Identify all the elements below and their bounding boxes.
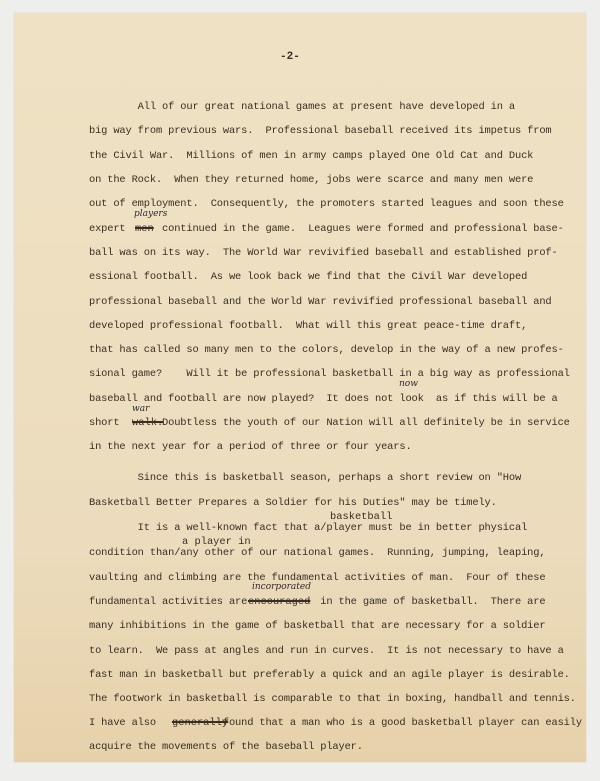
text-line: many inhibitions in the game of basketba… xyxy=(89,620,545,632)
text-line: Basketball Better Prepares a Soldier for… xyxy=(89,497,497,509)
text-line: professional baseball and the World War … xyxy=(89,296,552,308)
struck-word-generally: generally xyxy=(172,717,228,729)
handwritten-insert-now: now xyxy=(399,379,418,389)
text-line: big way from previous wars. Professional… xyxy=(89,125,552,137)
text-line: expert continued in the game. Leagues we… xyxy=(89,223,564,235)
text-line: vaulting and climbing are the fundamenta… xyxy=(89,572,545,584)
text-line: It is a well-known fact that a/player mu… xyxy=(89,522,527,534)
text-line: that has called so many men to the color… xyxy=(89,344,564,356)
page-number: -2- xyxy=(280,51,300,63)
text-line: I have also found that a man who is a go… xyxy=(89,717,582,729)
text-line: fast man in basketball but preferably a … xyxy=(89,669,570,681)
text-line: acquire the movements of the baseball pl… xyxy=(89,741,363,753)
struck-word-walk: walk. xyxy=(132,417,163,429)
text-line: developed professional football. What wi… xyxy=(89,320,527,332)
struck-word-men: men xyxy=(135,223,154,235)
text-line: sional game? Will it be professional bas… xyxy=(89,368,570,380)
text-line: All of our great national games at prese… xyxy=(89,101,515,113)
text-line: on the Rock. When they returned home, jo… xyxy=(89,174,533,186)
text-line: Since this is basketball season, perhaps… xyxy=(89,472,521,484)
text-line: baseball and football are now played? It… xyxy=(89,393,558,405)
text-line: The footwork in basketball is comparable… xyxy=(89,693,576,705)
text-line: condition than/any other of our national… xyxy=(89,547,545,559)
text-line: ball was on its way. The World War reviv… xyxy=(89,247,558,259)
text-line: in the next year for a period of three o… xyxy=(89,441,412,453)
text-line: the Civil War. Millions of men in army c… xyxy=(89,150,533,162)
handwritten-insert-players: players xyxy=(134,209,167,219)
struck-word-encouraged: encouraged xyxy=(248,596,310,608)
text-line: to learn. We pass at angles and run in c… xyxy=(89,645,564,657)
handwritten-insert-war: war xyxy=(132,404,149,414)
text-line: fundamental activities are in the game o… xyxy=(89,596,545,608)
handwritten-insert-incorporated: incorporated xyxy=(252,582,311,592)
text-line: essional football. As we look back we fi… xyxy=(89,271,527,283)
typewritten-page: -2- All of our great national games at p… xyxy=(14,13,586,762)
